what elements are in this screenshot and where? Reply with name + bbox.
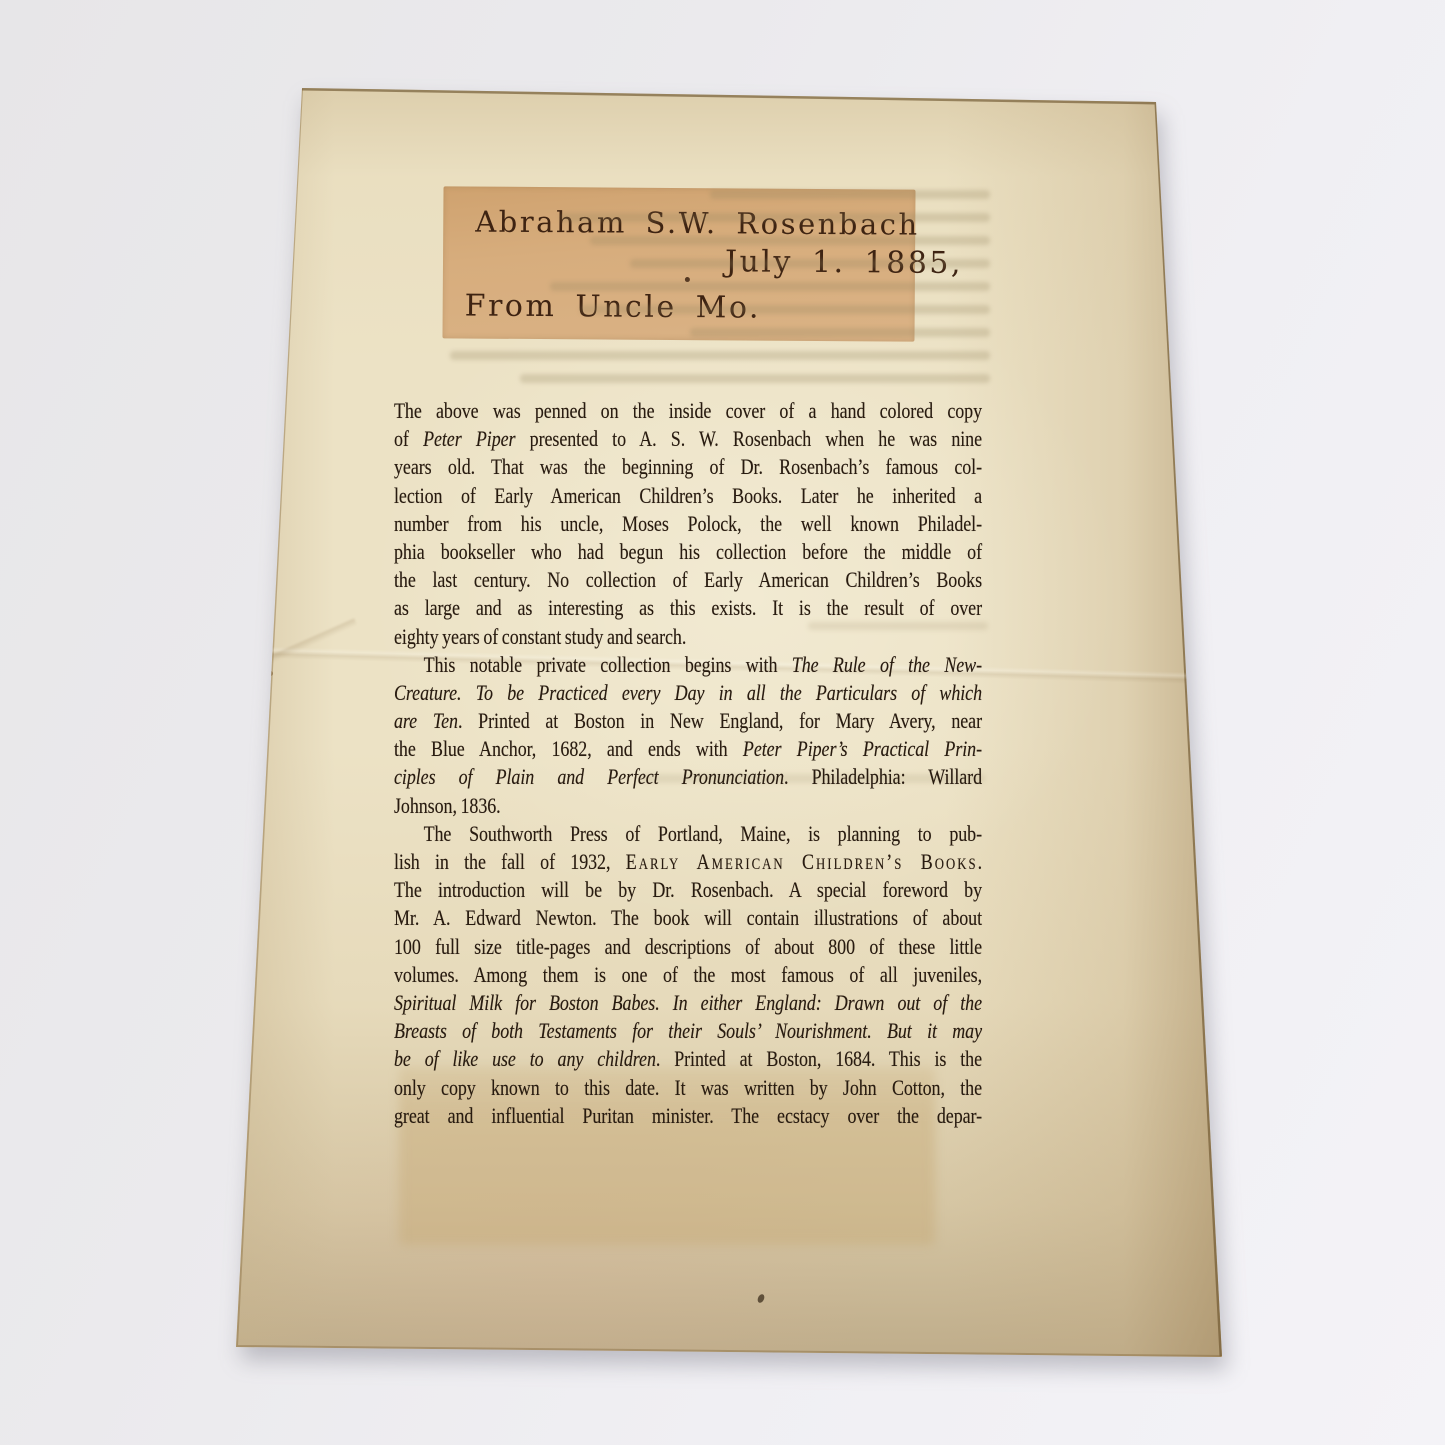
ghost-line	[520, 374, 990, 383]
text-line: number from his uncle, Moses Polock, the…	[394, 510, 982, 538]
ghost-line	[450, 351, 990, 360]
ghost-line	[590, 236, 990, 245]
text-line: Breasts of both Testaments for their Sou…	[394, 1017, 982, 1045]
text-line: eighty years of constant study and searc…	[394, 623, 982, 651]
text-line: the last century. No collection of Early…	[394, 566, 982, 594]
ghost-line	[580, 305, 990, 314]
text-line: lection of Early American Children’s Boo…	[394, 482, 982, 510]
text-line: Creature. To be Practiced every Day in a…	[394, 679, 982, 707]
text-line: volumes. Among them is one of the most f…	[394, 961, 982, 989]
text-line: The Southworth Press of Portland, Maine,…	[394, 820, 982, 848]
ghost-line	[710, 190, 990, 199]
text-line: phia bookseller who had begun his collec…	[394, 538, 982, 566]
ghost-line	[550, 282, 990, 291]
text-line: 100 full size title-pages and descriptio…	[394, 933, 982, 961]
text-line: years old. That was the beginning of Dr.…	[394, 453, 982, 481]
text-line: The introduction will be by Dr. Rosenbac…	[394, 876, 982, 904]
document-page: Abraham S.W. Rosenbach July 1. 1885, Fro…	[236, 88, 1222, 1357]
text-line: only copy known to this date. It was wri…	[394, 1074, 982, 1102]
text-line: Johnson, 1836.	[394, 792, 982, 820]
text-line: the Blue Anchor, 1682, and ends with Pet…	[394, 735, 982, 763]
text-line: are Ten. Printed at Boston in New Englan…	[394, 707, 982, 735]
ghost-line	[560, 213, 990, 222]
text-line: be of like use to any children. Printed …	[394, 1045, 982, 1073]
text-line: ciples of Plain and Perfect Pronunciatio…	[394, 763, 982, 791]
text-line: This notable private collection begins w…	[394, 651, 982, 679]
text-line: Mr. A. Edward Newton. The book will cont…	[394, 904, 982, 932]
text-line: great and influential Puritan minister. …	[394, 1102, 982, 1130]
text-line: as large and as interesting as this exis…	[394, 594, 982, 622]
ghost-line	[630, 259, 990, 268]
printed-text: The above was penned on the inside cover…	[394, 397, 982, 1130]
text-line: lish in the fall of 1932, Early American…	[394, 848, 982, 876]
show-through-ghost-text	[540, 190, 990, 397]
photo-backdrop: Abraham S.W. Rosenbach July 1. 1885, Fro…	[0, 0, 1445, 1445]
text-line: Spiritual Milk for Boston Babes. In eith…	[394, 989, 982, 1017]
text-line: The above was penned on the inside cover…	[394, 397, 982, 425]
ghost-line	[690, 328, 990, 337]
text-line: of Peter Piper presented to A. S. W. Ros…	[394, 425, 982, 453]
